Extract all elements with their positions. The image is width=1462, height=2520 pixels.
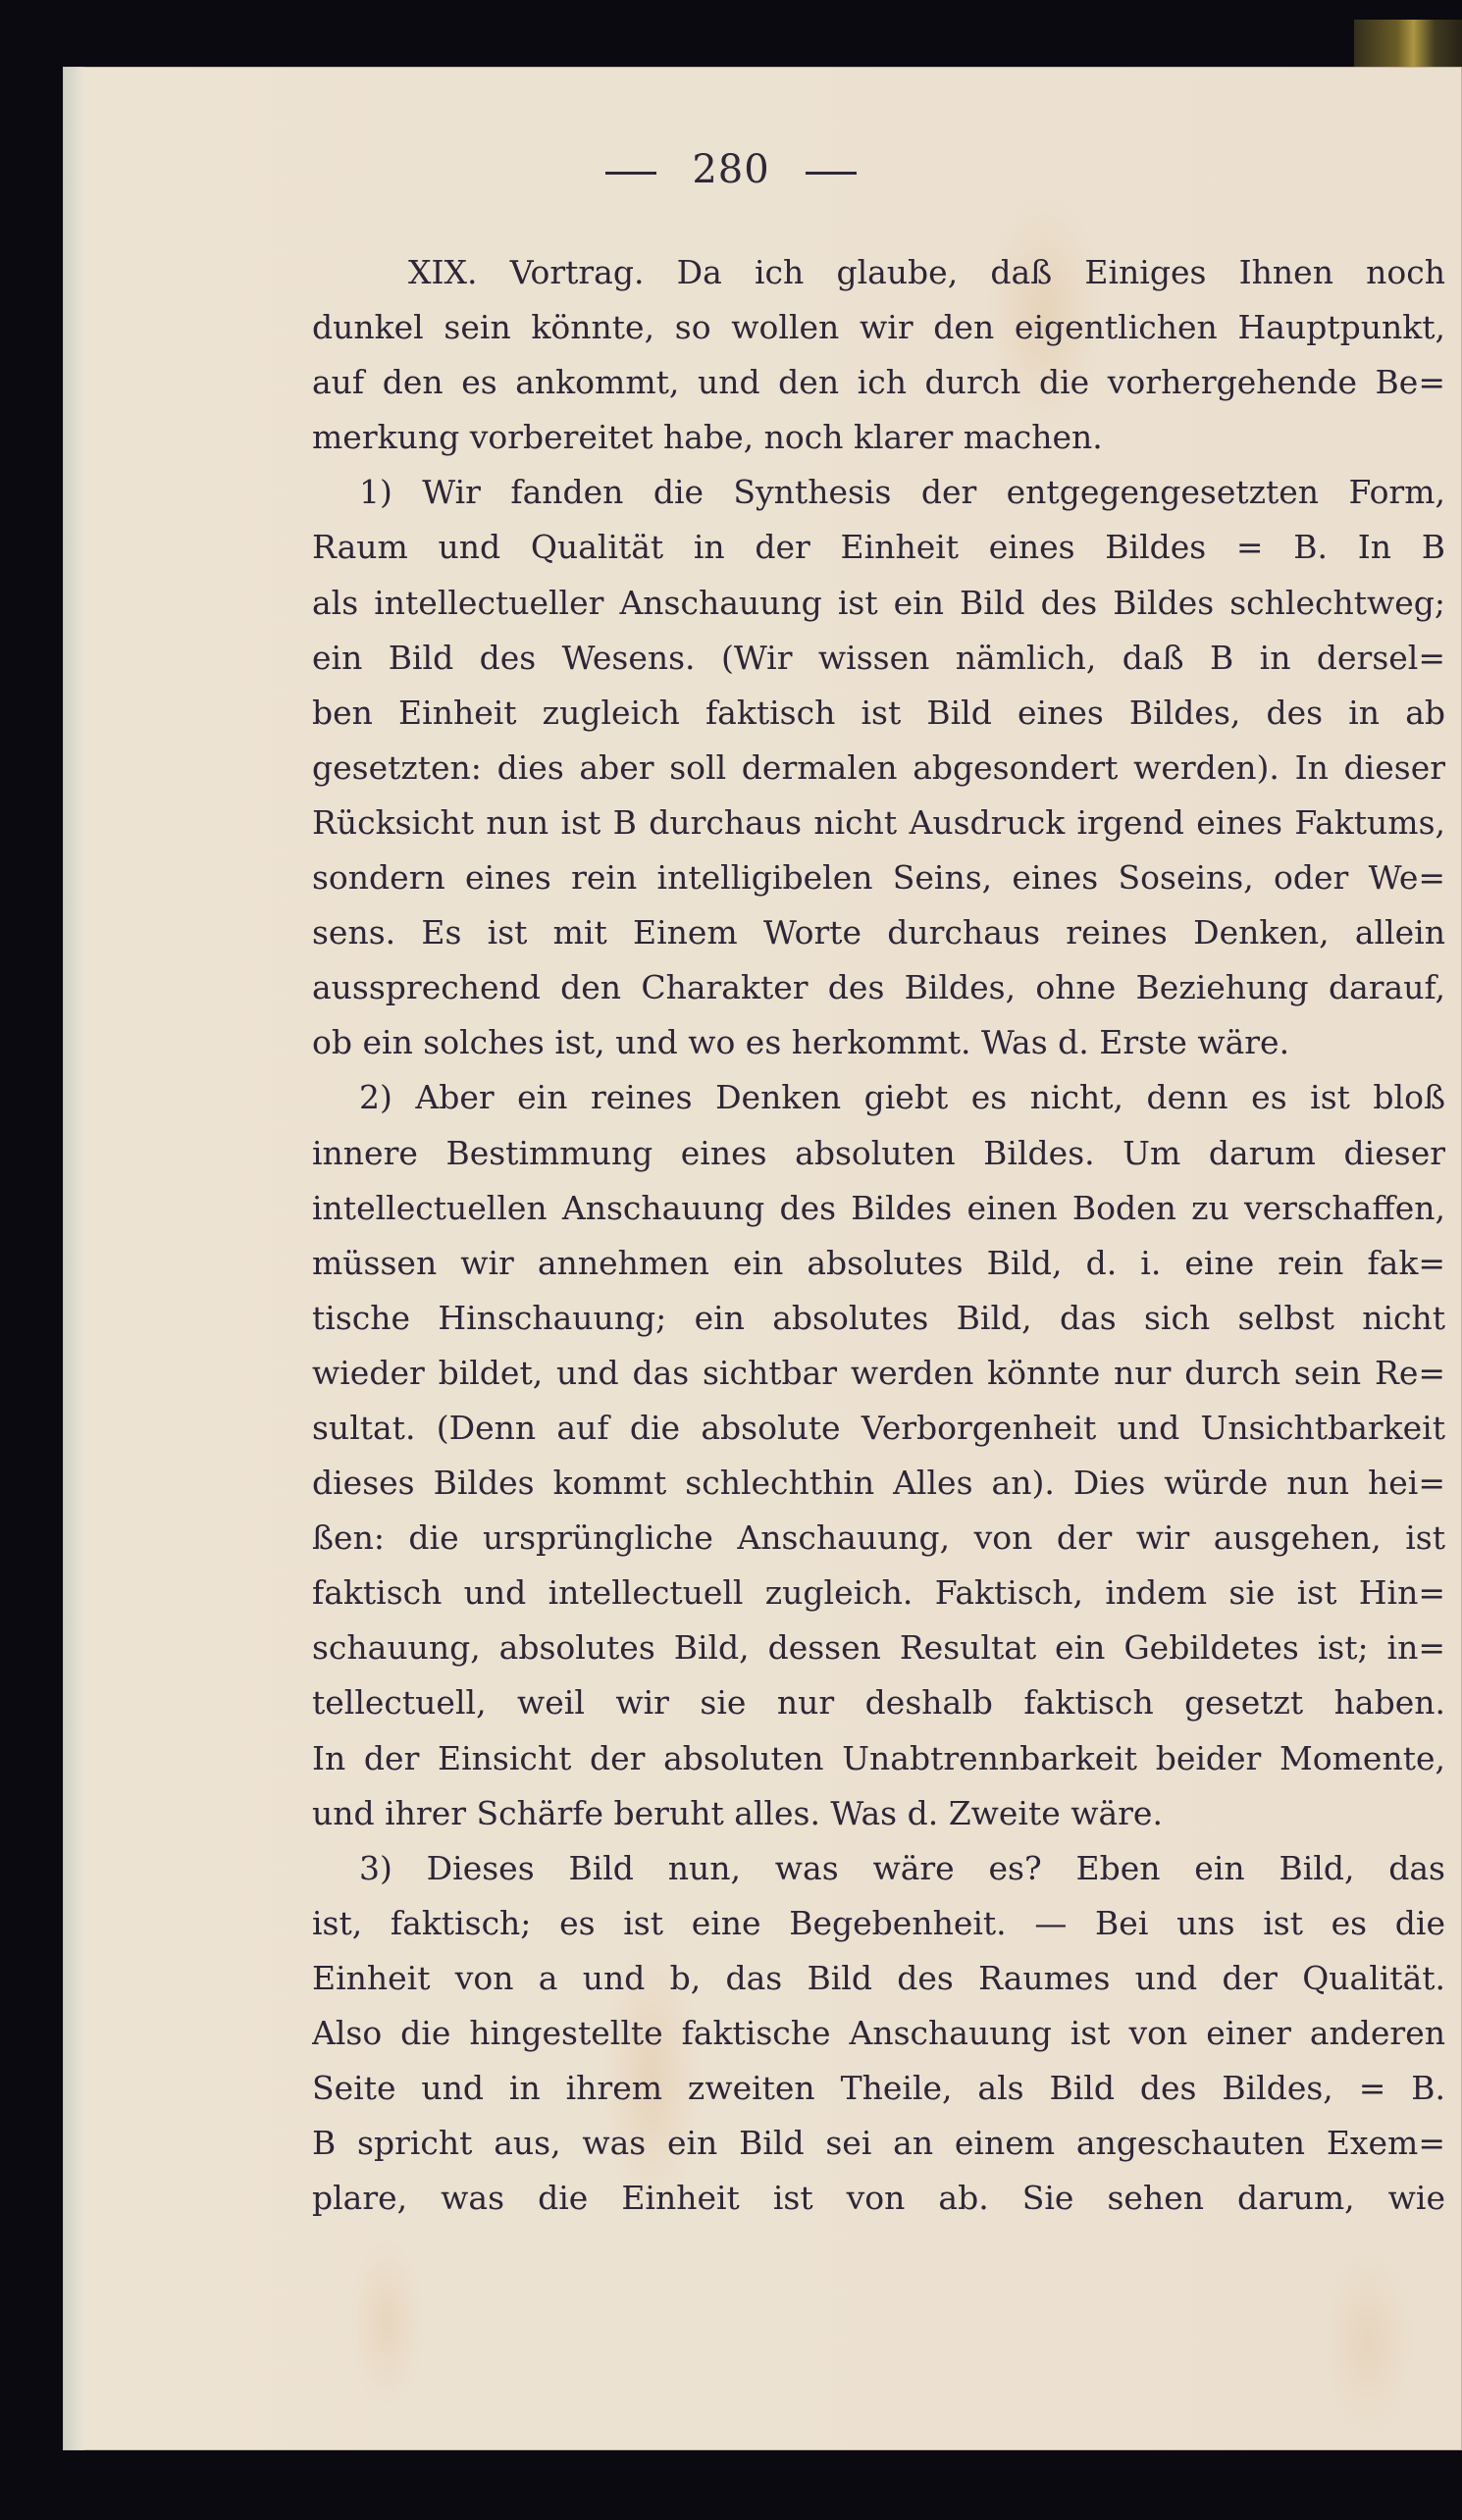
text-line: ein Bild des Wesens. (Wir wissen nämlich… <box>312 631 1445 686</box>
text-line: 1) Wir fanden die Synthesis der entgegen… <box>312 465 1445 520</box>
text-line: gesetzten: dies aber soll dermalen abges… <box>312 741 1445 796</box>
page-stack-edge <box>63 67 84 2450</box>
text-line: sondern eines rein intelligibelen Seins,… <box>312 850 1445 905</box>
text-line: ben Einheit zugleich faktisch ist Bild e… <box>312 686 1445 741</box>
text-line: merkung vorbereitet habe, noch klarer ma… <box>312 410 1445 465</box>
text-line: Raum und Qualität in der Einheit eines B… <box>312 520 1445 575</box>
text-line: In der Einsicht der absoluten Unabtrennb… <box>312 1731 1445 1786</box>
text-line: und ihrer Schärfe beruht alles. Was d. Z… <box>312 1786 1445 1841</box>
dash-left <box>605 172 656 175</box>
text-line: auf den es ankommt, und den ich durch di… <box>312 355 1445 410</box>
text-line: sultat. (Denn auf die absolute Verborgen… <box>312 1401 1445 1456</box>
text-line: XIX. Vortrag. Da ich glaube, daß Einiges… <box>312 245 1445 300</box>
text-line: schauung, absolutes Bild, dessen Resulta… <box>312 1620 1445 1675</box>
text-line: Einheit von a und b, das Bild des Raumes… <box>312 1951 1445 2006</box>
text-line: ist, faktisch; es ist eine Begebenheit. … <box>312 1896 1445 1951</box>
text-line: plare, was die Einheit ist von ab. Sie s… <box>312 2171 1445 2226</box>
text-line: innere Bestimmung eines absoluten Bildes… <box>312 1126 1445 1181</box>
text-line: sens. Es ist mit Einem Worte durchaus re… <box>312 905 1445 960</box>
text-line: 2) Aber ein reines Denken giebt es nicht… <box>312 1070 1445 1125</box>
text-line: faktisch und intellectuell zugleich. Fak… <box>312 1566 1445 1620</box>
page-number-value: 280 <box>692 147 769 192</box>
text-line: als intellectueller Anschauung ist ein B… <box>312 576 1445 631</box>
text-line: tellectuell, weil wir sie nur deshalb fa… <box>312 1675 1445 1730</box>
text-line: dunkel sein könnte, so wollen wir den ei… <box>312 300 1445 355</box>
body-text: XIX. Vortrag. Da ich glaube, daß Einiges… <box>312 245 1445 2226</box>
page-number: 280 <box>0 147 1462 192</box>
text-line: tische Hinschauung; ein absolutes Bild, … <box>312 1291 1445 1346</box>
text-line: Seite und in ihrem zweiten Theile, als B… <box>312 2061 1445 2116</box>
text-line: 3) Dieses Bild nun, was wäre es? Eben ei… <box>312 1841 1445 1896</box>
text-line: wieder bildet, und das sichtbar werden k… <box>312 1346 1445 1401</box>
text-line: B spricht aus, was ein Bild sei an einem… <box>312 2116 1445 2171</box>
text-line: aussprechend den Charakter des Bildes, o… <box>312 960 1445 1015</box>
text-line: ob ein solches ist, und wo es herkommt. … <box>312 1015 1445 1070</box>
dash-right <box>806 172 857 175</box>
text-line: ßen: die ursprüngliche Anschauung, von d… <box>312 1511 1445 1566</box>
text-line: dieses Bildes kommt schlechthin Alles an… <box>312 1456 1445 1511</box>
text-line: Also die hingestellte faktische Anschauu… <box>312 2006 1445 2061</box>
book-cover-edge <box>1354 20 1462 67</box>
text-line: Rücksicht nun ist B durchaus nicht Ausdr… <box>312 796 1445 850</box>
text-line: müssen wir annehmen ein absolutes Bild, … <box>312 1236 1445 1291</box>
text-line: intellectuellen Anschauung des Bildes ei… <box>312 1181 1445 1236</box>
